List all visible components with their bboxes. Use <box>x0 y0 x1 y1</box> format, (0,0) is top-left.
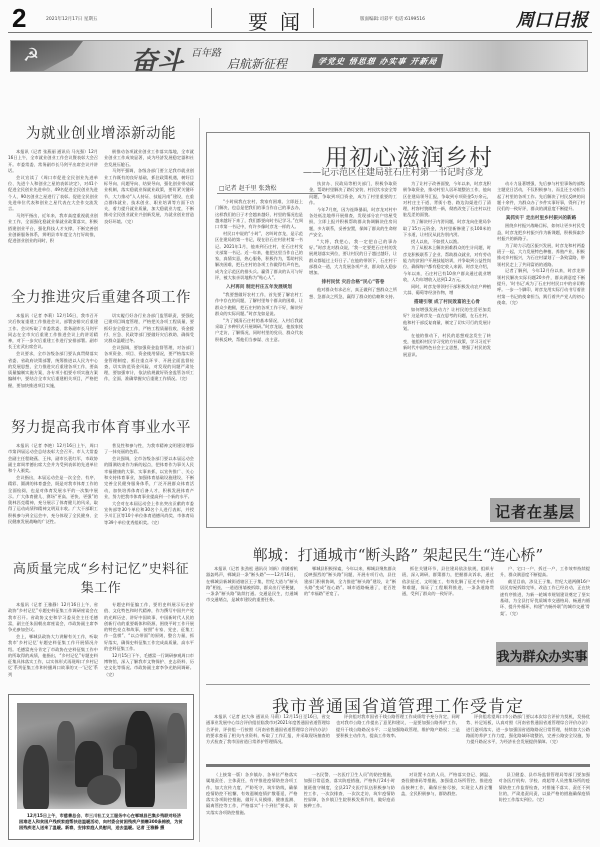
feature-subheadline: ——记示范区住建局驻石庄村第一书记时彦龙 <box>303 165 483 178</box>
feature-col-4: 动斗力显著增强，先后参与村里事务的部级主题党日活动，不仅积极参与，而且还主动担当… <box>497 181 585 487</box>
continued-col-4: 县卫健委、县市场监督管理局等部门要加强对各医疗机构、学校、商超等人员密集场所的疫… <box>499 772 591 844</box>
feature-subhead-1: 入村再问 制定村庄五年发展规划 <box>215 285 303 291</box>
centenary-banner: ☭ 奋斗 百年路 启航新征程 学党史 悟思想 办实事 开新局 <box>10 40 588 72</box>
divider <box>211 8 212 28</box>
dancheng-col-4: 户、宅口一户、拆迁一户，工作效率持续提升，群众满意度不断提高。 截至目前，涉及王… <box>500 566 590 626</box>
feature-byline: □记者 赵千里 张劲松 <box>219 183 276 192</box>
dancheng-col-3: 抓住关键环节，县住建局依法依规，组织专班，深入调研，群策群力，把握群众诉求，通过… <box>402 566 494 676</box>
feature-col-1: “小时候我在农村，我家有困难，立即赶上门解决，也总是把我们的事当作自己的事去办，… <box>215 199 303 525</box>
story4-col-2: 专题史料征编工作，要用史料展示历史价值、文化特色和时代精神，作为撰写中国共产党的… <box>104 602 194 708</box>
photo-figure <box>167 713 185 763</box>
story4-headline[interactable]: 高质量完成“乡村记忆”史料征集工作 <box>8 558 194 596</box>
feature-subhead-3: 搭建引领 成了村民致富的主心骨 <box>403 300 491 306</box>
continued-col-3: 对设置卡点的人员，严格落实登记、测温、查验健康码等措施，加强重点场所管控，推进疫… <box>401 772 493 844</box>
story3-headline[interactable]: 努力提高我市体育事业水平 <box>8 416 194 437</box>
section-rule-thick <box>206 764 590 767</box>
feature-col-2: 扶贫办、民政局等相关部门，积极争取资金，帮助村里解决了路灯安装、村民饮水安全等问… <box>309 181 397 525</box>
wheelchair-icon <box>87 775 121 805</box>
lead-col-2: 极推动各项就业创业工作落实落地，全市就业创业工作成效显著，成为经济发展稳定器和社… <box>104 149 194 277</box>
party-flag <box>11 41 83 72</box>
gift-bag <box>113 745 137 769</box>
banner-slogan-line1: 百年路 <box>191 44 221 59</box>
lead-col-1: 本报讯（记者 张燕丽 通讯员 马光强）12月16日上午，全市就业创业工作会议暨表… <box>8 149 98 277</box>
continued-col-2: 一名民警、一名医疗卫生人员”的防控措施，加强日常巡查，落实防疫措施，严格执行24… <box>304 772 396 844</box>
feature-subhead-2: 排村民忧 灾后合格“民心”答卷 <box>309 280 397 286</box>
story-rural-memory: 高质量完成“乡村记忆”史料征集工作 本报讯（记者 王雅静）12月16日上午，省政… <box>8 558 194 708</box>
page-number: 2 <box>12 3 26 34</box>
section-title: 要闻 <box>248 6 312 35</box>
section-rule <box>206 684 590 685</box>
road-col-2: 评价组对我市国省干线公路管理工作成绩给予充分肯定，同时也对我市公路工作提出了意见… <box>336 714 460 762</box>
dancheng-col-1: 本报讯（记者 张劲松 通讯员 刘新）伴随着机器轰鸣声，郸城县一条“断头路”——1… <box>206 566 298 676</box>
feature-subhead-4: 真抓实干 走出村里乡村振兴的新路 <box>497 216 585 222</box>
story3-col-1: 本报讯（记者 李艳）12月16日上午，周口市第四届运动会总结表彰大会召开。市人大… <box>8 443 98 543</box>
feature-story: 用初心滋润乡村 ——记示范区住建局驻石庄村第一书记时彦龙 □记者 赵千里 张劲松… <box>206 132 590 528</box>
feature-col-3: 为了让村子改善面貌，今年以来，时彦龙积极争取资金，推动村里人居环境整治工作，他向… <box>403 181 491 525</box>
road-col-3: 评价组希望周口市公路部门要以本次综合评价为契机，发扬优势、补足短板，认真对照《河… <box>466 714 590 762</box>
story2-col-1: 本报讯（记者 李莉）12月16日，我市召开灾后恢复重建工作推进会议，部署安排灾后… <box>8 313 98 415</box>
dancheng-col-2: 郸城县积极探索，今年以来，郸城县聚焦群众反映强烈的“断头路”问题，开展专项行动，… <box>304 566 396 676</box>
story-sports: 努力提高我市体育事业水平 本报讯（记者 李艳）12月16日上午，周口市第四届运动… <box>8 416 194 543</box>
banner-tagline: 学党史 悟思想 办实事 开新局 <box>312 54 444 68</box>
story4-col-1: 本报讯（记者 王雅静）12月16日上午，省政协“乡村记忆”专题史料征集工作调研座… <box>8 602 98 708</box>
news-photo[interactable] <box>17 703 187 809</box>
dancheng-story: 本报讯（记者 张劲松 通讯员 刘新）伴随着机器轰鸣声，郸城县一条“断头路”——1… <box>206 566 494 676</box>
issue-date: 2021年12月17日 星期五 <box>46 16 97 22</box>
hammer-sickle-icon: ☭ <box>23 45 39 66</box>
lead-headline[interactable]: 为就业创业增添新动能 <box>8 122 194 143</box>
column-label-grassroots: 记者在基层 <box>490 498 580 522</box>
editor-info: 版面编辑:司彩平 电话:6199516 <box>360 16 425 22</box>
road-story: 本报讯（记者 赵大伟 通讯员 马莉）12月15日至16日，省交通事业发展中心综合… <box>206 714 590 762</box>
story3-col-2: 普及性和参与性，为我市精神文明建设增添了一抹亮丽的色彩。 会议强调，全市各级各部… <box>104 443 194 543</box>
road-col-1: 本报讯（记者 赵大伟 通讯员 马莉）12月15日至16日，省交通事业发展中心综合… <box>206 714 330 762</box>
masthead: 2 2021年12月17日 星期五 要闻 版面编辑:司彩平 电话:6199516… <box>8 0 592 33</box>
banner-calligraphy: 奋斗 <box>131 41 183 72</box>
byline-rule <box>217 193 322 194</box>
photo-figure <box>57 721 75 761</box>
dancheng-headline[interactable]: 郸城：打通城市“断头路” 架起民生“连心桥” <box>206 544 590 565</box>
story-reconstruction: 全力推进灾后重建各项工作 本报讯（记者 李莉）12月16日，我市召开灾后恢复重建… <box>8 286 194 415</box>
story2-headline[interactable]: 全力推进灾后重建各项工作 <box>8 286 194 307</box>
photo-figure <box>23 745 49 809</box>
photo-caption: 12月15日上午，市慈善总会、市三川社工义工服务中心在郸城县巴集乡残联对经济困难… <box>19 813 185 832</box>
lead-story: 为就业创业增添新动能 本报讯（记者 张燕丽 通讯员 马光强）12月16日上午，全… <box>8 122 194 277</box>
column-divider <box>199 118 200 842</box>
banner-slogan-line2: 启航新征程 <box>227 55 287 72</box>
divider <box>313 8 314 28</box>
paper-logo: 周口日报 <box>516 6 588 32</box>
column-label-service: 我为群众办实事 <box>496 642 588 666</box>
continued-col-1: （上接第一版）各乡镇办、各单位严格落实属地责任、主体责任，有序推进疫情防控各项工… <box>206 772 298 844</box>
continued-story: （上接第一版）各乡镇办、各单位严格落实属地责任、主体责任，有序推进疫情防控各项工… <box>206 772 590 844</box>
news-photo-box: 12月15日上午，市慈善总会、市三川社工义工服务中心在郸城县巴集乡残联对经济困难… <box>8 694 194 840</box>
story2-col-2: 切实履行好各行业各部门监管职责，要强化已建项目调度管理，严格把关各项工程质量，要… <box>104 313 194 415</box>
